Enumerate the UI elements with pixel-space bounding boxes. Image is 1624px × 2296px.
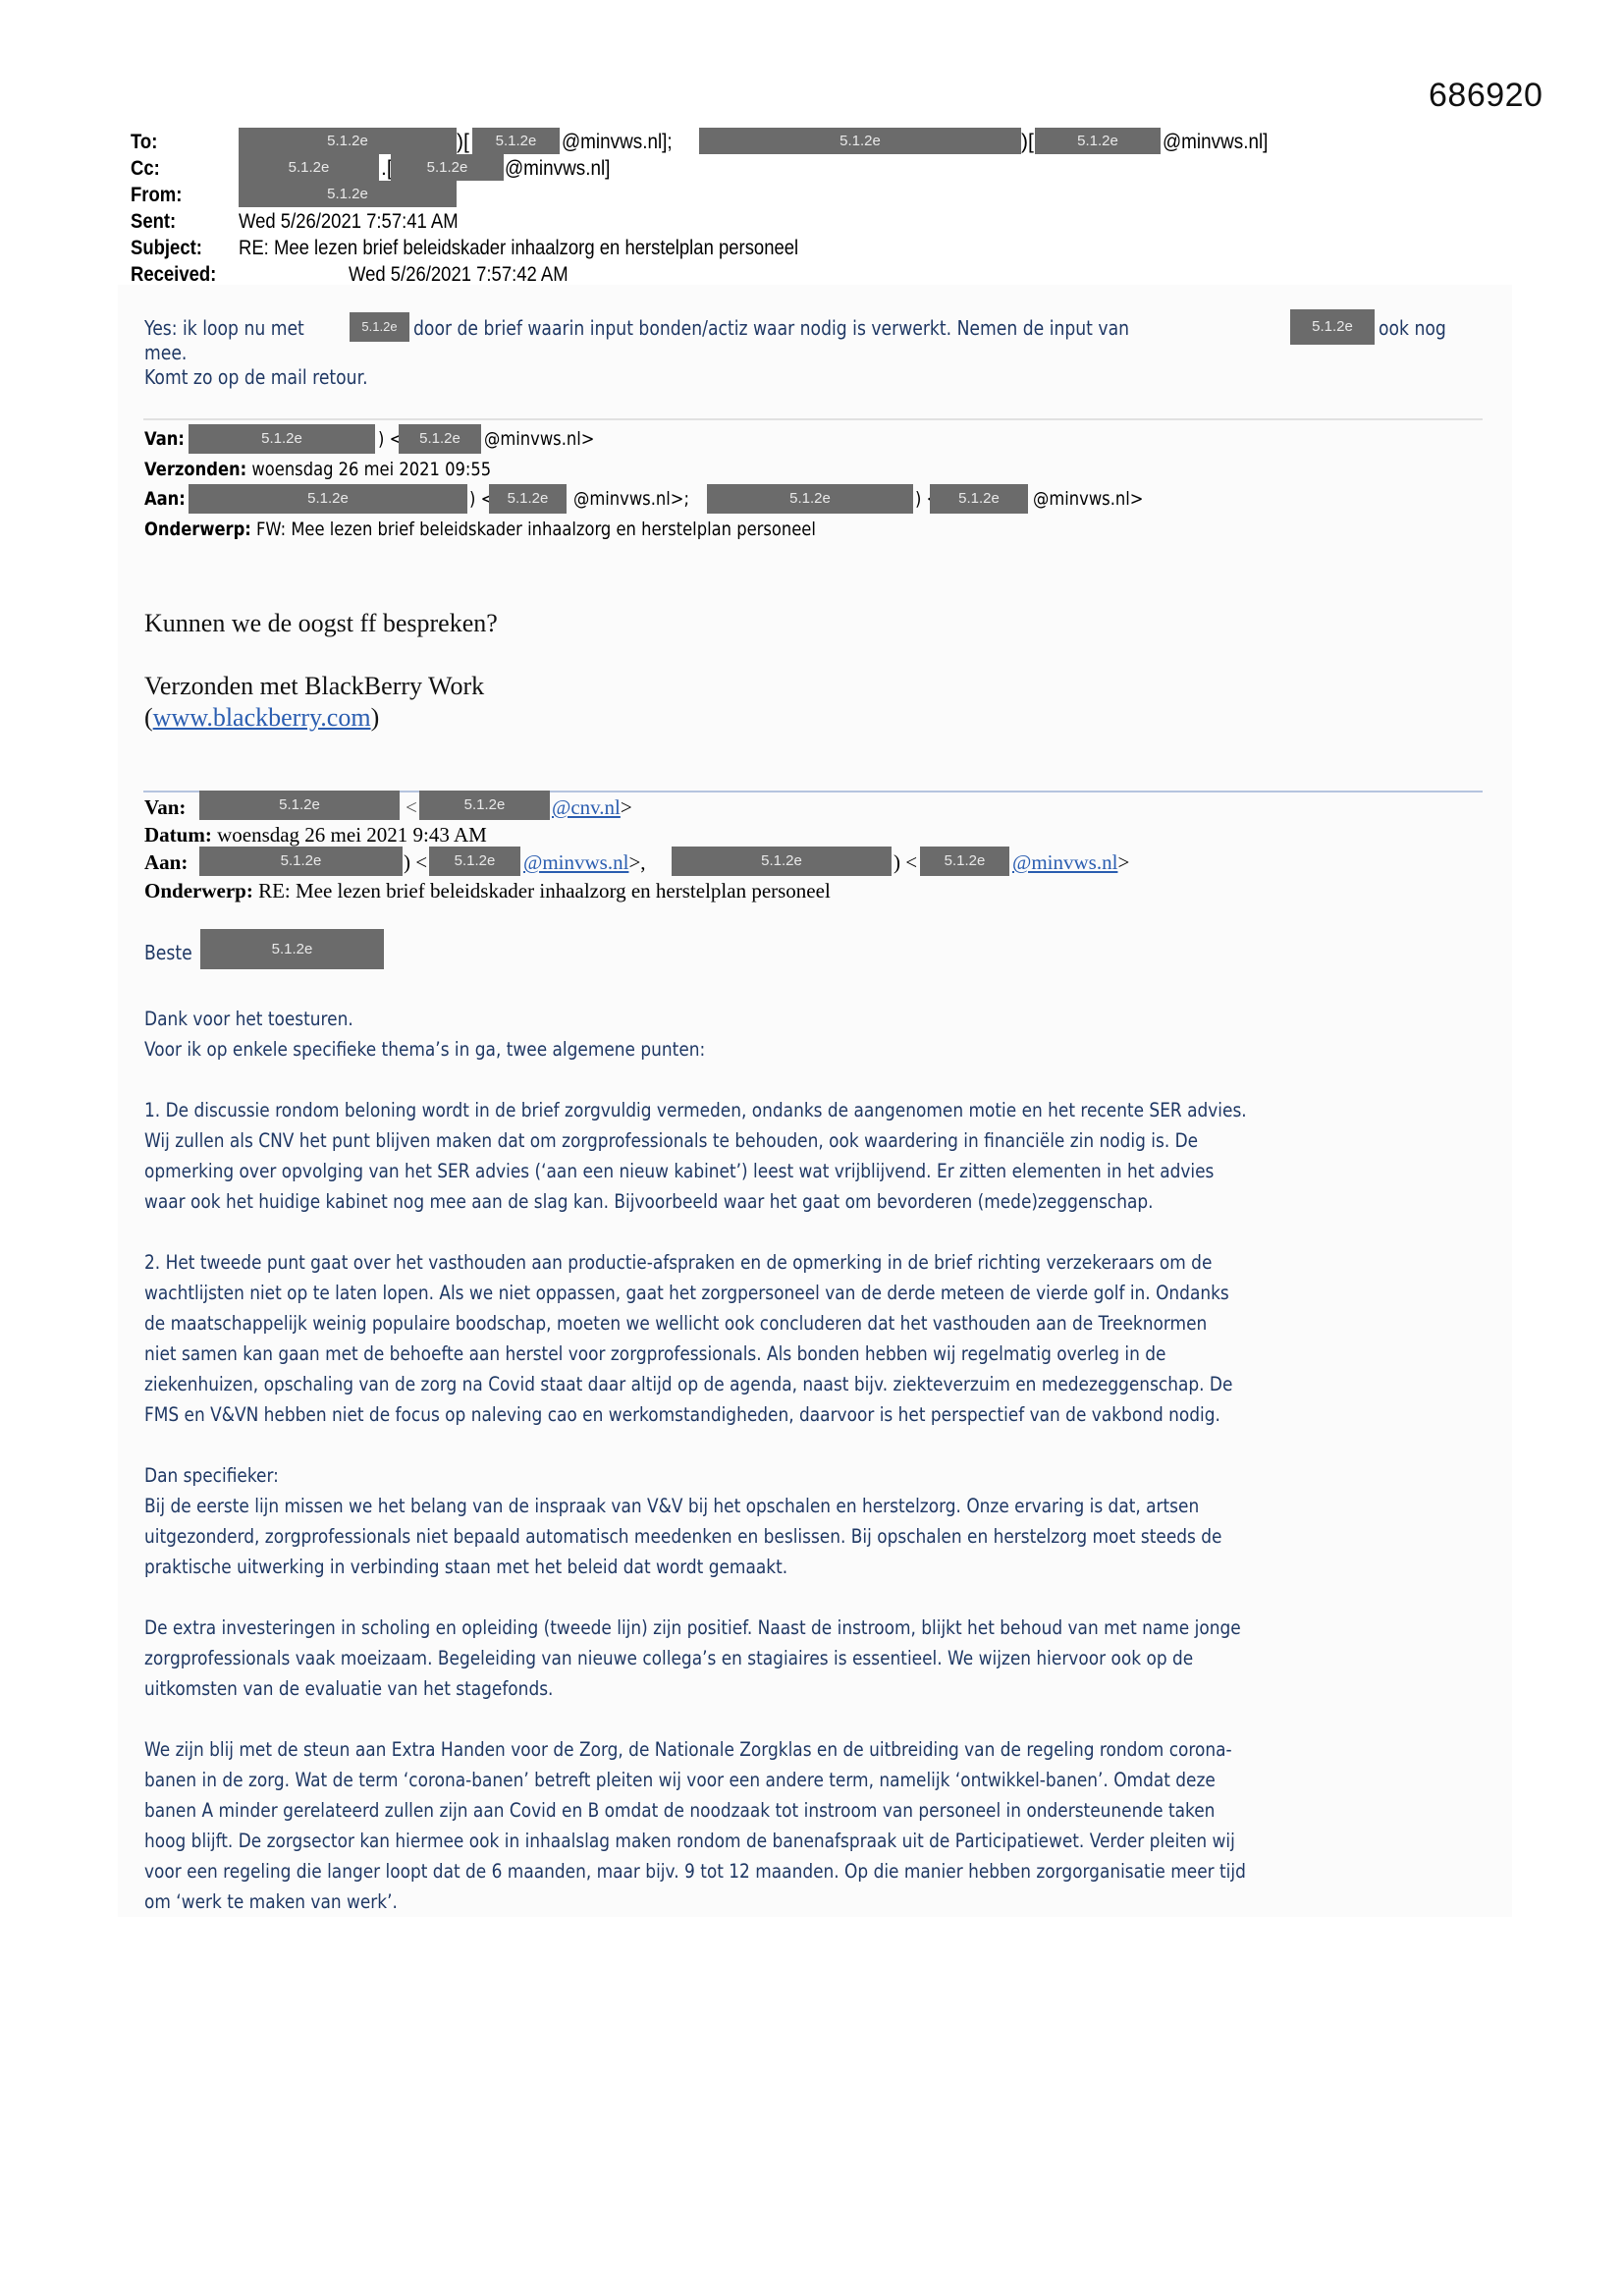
- body-line: uitkomsten van de evaluatie van het stag…: [144, 1673, 1511, 1704]
- to-domain-1: @minvws.nl];: [562, 131, 673, 154]
- redaction-reply-2: 5.1.2e: [1290, 309, 1375, 345]
- fw-aan-domain-1: @minvws.nl>;: [573, 488, 689, 510]
- redaction-fw-van-email: 5.1.2e: [399, 424, 481, 454]
- reply-line-1c: ook nog: [1379, 316, 1446, 340]
- body-line: Wij zullen als CNV het punt blijven make…: [144, 1125, 1511, 1156]
- document-id: 686920: [1429, 77, 1543, 115]
- orig-aan-label: Aan:: [144, 850, 188, 875]
- body-line: banen A minder gerelateerd zullen zijn a…: [144, 1795, 1511, 1826]
- blackberry-link[interactable]: www.blackberry.com: [153, 703, 371, 732]
- orig-aan-separator-2: ) <: [893, 850, 917, 875]
- redaction-greeting: 5.1.2e: [200, 929, 384, 969]
- redaction-orig-aan-email-2: 5.1.2e: [920, 847, 1009, 876]
- redaction-cc-email: 5.1.2e: [391, 154, 504, 181]
- to-label: To:: [131, 131, 157, 154]
- body-line: banen in de zorg. Wat de term ‘corona-ba…: [144, 1765, 1511, 1795]
- body-line: om ‘werk te maken van werk’.: [144, 1886, 1511, 1917]
- redaction-to-name-1: 5.1.2e: [239, 128, 457, 154]
- subject-label: Subject:: [131, 237, 202, 260]
- body-line: uitgezonderd, zorgprofessionals niet bep…: [144, 1521, 1511, 1552]
- orig-aan-close-1: >,: [628, 850, 645, 874]
- cc-label: Cc:: [131, 157, 160, 181]
- orig-datum-value: woensdag 26 mei 2021 9:43 AM: [217, 823, 487, 847]
- orig-aan-domain-link-1[interactable]: @minvws.nl: [523, 850, 628, 874]
- paren-close: ): [371, 703, 380, 732]
- fw-verzonden-label: Verzonden:: [144, 459, 246, 480]
- fw-onderwerp: Onderwerp: FW: Mee lezen brief beleidska…: [144, 519, 816, 540]
- orig-aan-domain-link-2[interactable]: @minvws.nl: [1012, 850, 1117, 874]
- redaction-to-name-2: 5.1.2e: [699, 128, 1021, 154]
- redaction-fw-aan-name-1: 5.1.2e: [189, 484, 467, 514]
- fw-van-domain: @minvws.nl>: [484, 428, 594, 450]
- redaction-orig-aan-name-1: 5.1.2e: [199, 847, 403, 876]
- to-domain-2: @minvws.nl]: [1163, 131, 1268, 154]
- body-line: praktische uitwerking in verbinding staa…: [144, 1552, 1511, 1582]
- orig-van-address: @cnv.nl>: [552, 795, 632, 820]
- fw-van-label: Van:: [144, 428, 185, 450]
- divider-forward: [143, 418, 1483, 420]
- body-line: Dank voor het toesturen.: [144, 1004, 1511, 1034]
- to-separator-2: )[: [1021, 131, 1034, 154]
- redaction-orig-aan-name-2: 5.1.2e: [672, 847, 892, 876]
- body-line: Voor ik op enkele specifieke thema’s in …: [144, 1034, 1511, 1065]
- orig-aan-close-2: >: [1117, 850, 1129, 874]
- to-separator-1: )[: [457, 131, 469, 154]
- body-line: 1. De discussie rondom beloning wordt in…: [144, 1095, 1511, 1125]
- orig-van-close: >: [621, 795, 632, 819]
- body-line: De extra investeringen in scholing en op…: [144, 1613, 1511, 1643]
- fw-body-line-3: (www.blackberry.com): [144, 703, 379, 733]
- subject-value: RE: Mee lezen brief beleidskader inhaalz…: [239, 237, 798, 260]
- orig-aan-separator-1: ) <: [404, 850, 427, 875]
- orig-onderwerp-label: Onderwerp:: [144, 879, 253, 902]
- redaction-reply-1: 5.1.2e: [350, 312, 409, 342]
- fw-aan-label: Aan:: [144, 488, 186, 510]
- sent-label: Sent:: [131, 210, 176, 234]
- body-line: hoog blijft. De zorgsector kan hiermee o…: [144, 1826, 1511, 1856]
- body-line: Dan specifieker:: [144, 1460, 1511, 1491]
- fw-verzonden-value: woensdag 26 mei 2021 09:55: [251, 459, 491, 480]
- fw-onderwerp-label: Onderwerp:: [144, 519, 251, 540]
- body-line: We zijn blij met de steun aan Extra Hand…: [144, 1734, 1511, 1765]
- redaction-to-email-2: 5.1.2e: [1035, 128, 1161, 154]
- orig-datum: Datum: woensdag 26 mei 2021 9:43 AM: [144, 823, 487, 847]
- fw-verzonden: Verzonden: woensdag 26 mei 2021 09:55: [144, 459, 491, 480]
- fw-aan-domain-2: @minvws.nl>: [1033, 488, 1143, 510]
- fw-body-line-2: Verzonden met BlackBerry Work: [144, 672, 484, 701]
- body-line: ziekenhuizen, opschaling van de zorg na …: [144, 1369, 1511, 1399]
- body-line: de maatschappelijk weinig populaire bood…: [144, 1308, 1511, 1339]
- redaction-orig-van-name: 5.1.2e: [199, 791, 400, 820]
- body-line: waar ook het huidige kabinet nog mee aan…: [144, 1186, 1511, 1217]
- sent-value: Wed 5/26/2021 7:57:41 AM: [239, 210, 459, 234]
- greeting: Beste: [144, 941, 192, 964]
- orig-van-label: Van:: [144, 795, 186, 820]
- redaction-to-email-1: 5.1.2e: [472, 128, 560, 154]
- body-line: wachtlijsten niet op te laten lopen. Als…: [144, 1278, 1511, 1308]
- body-line: opmerking over opvolging van het SER adv…: [144, 1156, 1511, 1186]
- redaction-fw-aan-name-2: 5.1.2e: [707, 484, 913, 514]
- reply-line-3: Komt zo op de mail retour.: [144, 365, 368, 389]
- body-line: 2. Het tweede punt gaat over het vasthou…: [144, 1247, 1511, 1278]
- orig-van-separator: <: [406, 795, 417, 820]
- redaction-fw-aan-email-2: 5.1.2e: [930, 484, 1028, 514]
- reply-line-1b: door de brief waarin input bonden/actiz …: [413, 316, 1129, 340]
- orig-datum-label: Datum:: [144, 823, 212, 847]
- body-line: niet samen kan gaan met de behoefte aan …: [144, 1339, 1511, 1369]
- from-label: From:: [131, 184, 182, 207]
- redaction-fw-van-name: 5.1.2e: [189, 424, 375, 454]
- body-line: voor een regeling die langer loopt dat d…: [144, 1856, 1511, 1886]
- reply-line-2: mee.: [144, 341, 187, 364]
- redaction-orig-van-email: 5.1.2e: [419, 791, 550, 820]
- orig-aan-address-1: @minvws.nl>,: [523, 850, 646, 875]
- fw-body-line-1: Kunnen we de oogst ff bespreken?: [144, 609, 498, 638]
- orig-onderwerp: Onderwerp: RE: Mee lezen brief beleidska…: [144, 879, 831, 903]
- reply-line-1a: Yes: ik loop nu met: [144, 316, 304, 340]
- fw-onderwerp-value: FW: Mee lezen brief beleidskader inhaalz…: [256, 519, 816, 540]
- redaction-orig-aan-email-1: 5.1.2e: [429, 847, 520, 876]
- orig-aan-address-2: @minvws.nl>: [1012, 850, 1129, 875]
- body-line: Bij de eerste lijn missen we het belang …: [144, 1491, 1511, 1521]
- orig-onderwerp-value: RE: Mee lezen brief beleidskader inhaalz…: [258, 879, 831, 902]
- orig-van-domain-link[interactable]: @cnv.nl: [552, 795, 621, 819]
- cc-domain: @minvws.nl]: [505, 157, 610, 181]
- body-line: FMS en V&VN hebben niet de focus op nale…: [144, 1399, 1511, 1430]
- redaction-cc-name: 5.1.2e: [239, 154, 379, 181]
- received-label: Received:: [131, 263, 216, 287]
- redaction-from: 5.1.2e: [239, 181, 457, 207]
- redaction-fw-aan-email-1: 5.1.2e: [489, 484, 567, 514]
- received-value: Wed 5/26/2021 7:57:42 AM: [349, 263, 568, 287]
- body-line: zorgprofessionals vaak moeizaam. Begelei…: [144, 1643, 1511, 1673]
- paren-open: (: [144, 703, 153, 732]
